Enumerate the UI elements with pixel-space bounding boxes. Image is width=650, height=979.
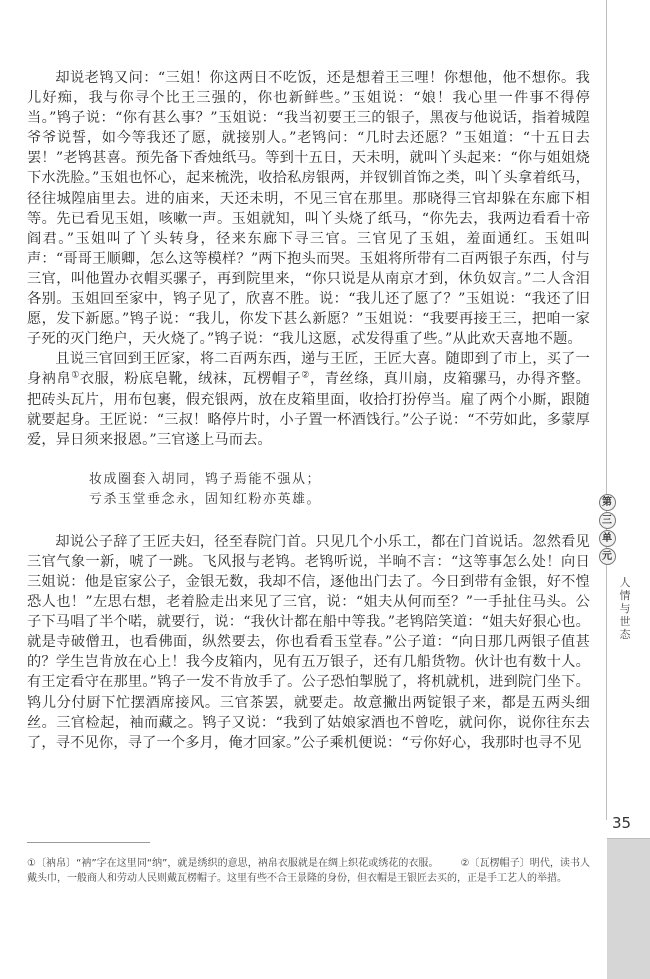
margin-grey-block	[607, 838, 650, 979]
unit-char-3: 单	[599, 530, 616, 547]
unit-char-2: 三	[599, 512, 616, 529]
unit-tab: 第 三 单 元	[598, 494, 616, 565]
unit-char-4: 元	[599, 548, 616, 565]
paragraph-2: 且说三官回到王匠家，将二百两东西，递与王匠，王匠大喜。随即到了市上，买了一身衲帛…	[27, 349, 590, 449]
footnotes: ①〔衲帛〕“衲”字在这里同“纳”，就是绣织的意思，衲帛衣服就是在绸上织花或绣花的…	[27, 856, 590, 886]
unit-theme-label: 人情与世态	[617, 576, 633, 641]
footnote-ref-1[interactable]: ①	[71, 371, 80, 381]
paragraph-1: 却说老鸨又问：“三姐！你这两日不吃饭，还是想着王三哩！你想他，他不想你。我儿好痴…	[27, 68, 590, 349]
footnote-divider	[27, 842, 150, 843]
paragraph-2-part-b: 衣服，粉底皂靴，绒袜，瓦楞帽子	[80, 371, 301, 387]
poem-line-1: 妆成圈套入胡同，鸨子焉能不强从；	[89, 470, 590, 490]
unit-char-1: 第	[599, 494, 616, 511]
paragraph-3: 却说公子辞了王匠夫妇，径至春院门首。只见几个小乐工，都在门首说话。忽然看见三官气…	[27, 532, 590, 753]
page-body: 却说老鸨又问：“三姐！你这两日不吃饭，还是想着王三哩！你想他，他不想你。我儿好痴…	[27, 68, 590, 753]
footnote-1: ①〔衲帛〕“衲”字在这里同“纳”，就是绣织的意思，衲帛衣服就是在绸上织花或绣花的…	[27, 858, 439, 869]
footnote-ref-2[interactable]: ②	[301, 371, 310, 381]
poem: 妆成圈套入胡同，鸨子焉能不强从； 亏杀玉堂垂念永，固知红粉亦英雄。	[27, 470, 590, 510]
poem-line-2: 亏杀玉堂垂念永，固知红粉亦英雄。	[89, 490, 590, 510]
margin-rule	[606, 0, 607, 820]
page-number: 35	[612, 814, 631, 832]
